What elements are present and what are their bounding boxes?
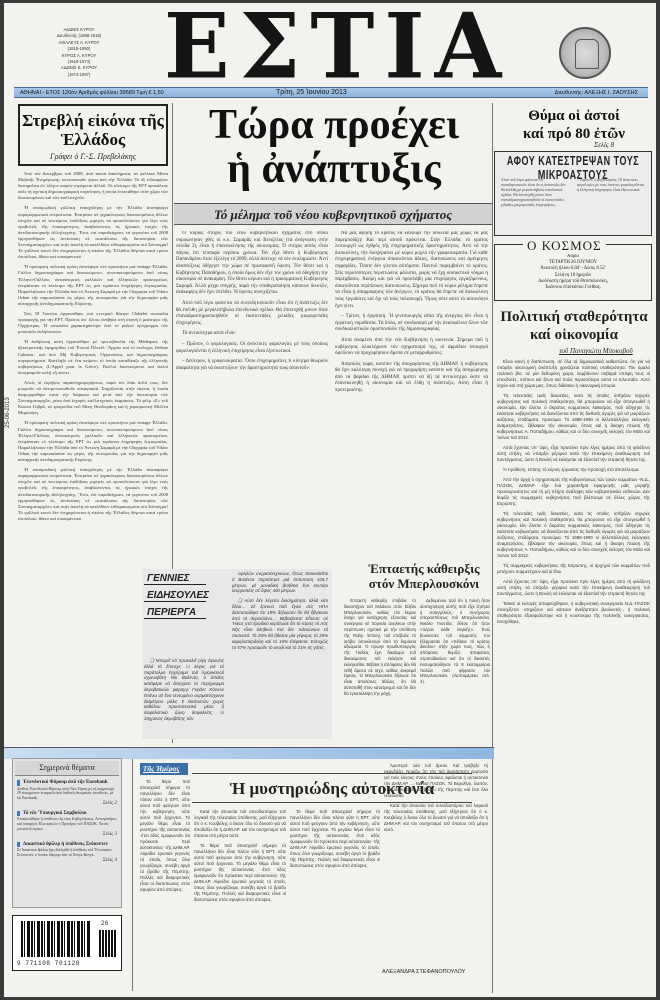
curiosities-col-2: ὑψηλῶν συρματόσχοινων, ὅπως ἀποκαλεῖται … <box>232 571 328 736</box>
lead-column-2: Νά μᾶς ἀφήσῃ τό κράτος νά κάνουμε τήν δο… <box>335 231 488 561</box>
right-article-headline: Πολιτική σταθερότητα καί οἰκονομία <box>496 308 652 344</box>
lead-subhead: Τό μέλημα τοῦ νέου κυβερνητικοῦ σχήματος <box>174 203 492 225</box>
barcode-addon-icon <box>99 930 117 957</box>
side-date: 25-06-2013 <box>5 397 11 428</box>
barcode-bars-icon <box>21 921 91 957</box>
inset-col-1: Ἑπταετή κάθειρξη ἐπιβάλε τό δικαστήριο τ… <box>344 598 416 738</box>
masthead-title: ΕΣΤΙΑ <box>164 3 464 87</box>
inset-col-2: Δεδομένου ποῦ ὅτι ἡ ποινή ἦταν αὐστηρότε… <box>420 598 490 738</box>
barcode: 26 9 771108 701120 <box>12 915 122 971</box>
lead-headline: Τώρα προέχει ἡ ἀνάπτυξις <box>179 103 489 191</box>
issue-date: Τρίτη, 25 Ἰουνίου 2013 <box>276 88 347 98</box>
inset-headline: Ἑπταετής κάθειρξις στόν Μπερλουσκόνι <box>349 561 499 591</box>
page-ref: Σελίς 8 <box>594 141 614 149</box>
right-article-byline: τοῦ Παναγιώτη Μποκοβοῦ <box>559 347 633 355</box>
bottom-col-2: Κατά τήν ἀπουσία τοῦ συνοδοιπόρου τοῦ λο… <box>194 809 286 969</box>
archive-clipping: ΑΦΟΥ ΚΑΤΕΣΤΡΕΨΑΝ ΤΟΥΣ ΜΙΚΡΟΑΣΤΟΥΣ Αὐτό π… <box>494 151 652 236</box>
left-article-header: Στρεβλή εἰκόνα τῆς Ἑλλάδος Γράφει ὁ Γ.-Σ… <box>18 104 168 166</box>
topic-item[interactable]: Τό νέο 'Υπουργικό Συμβούλιο Ἀνακοινώθηκε… <box>17 811 117 838</box>
bottom-author: ΑΛΕΞΑΝΔΡΑ ΣΤΕΦΑΝΟΠΟΥΛΟΥ <box>382 969 465 975</box>
left-article-title: Στρεβλή εἰκόνα τῆς Ἑλλάδος <box>20 111 166 149</box>
info-bar: ΑΘΗΝΑΙ - ΕΤΟΣ 120όν Ἀριθμός φύλλου 39589… <box>14 87 648 98</box>
today-topics-header: Σημερινά θέματα <box>15 761 119 776</box>
topic-item[interactable]: Δικαστικό θρίλερ ἡ ὑπόθεσις Σνόουντεν Σέ… <box>17 842 117 864</box>
lead-column-1: Ὁ κύριος στόχος τοῦ νέου κυβερνητικοῦ σχ… <box>176 231 328 561</box>
right-article-body: Εἶναι κοινή ἡ διαπίστωση, σέ ὅλα τά δημο… <box>497 359 650 971</box>
clipping-text: Αὐτό ποῦ λίγοι φαίνεται νά συνειδητοποιο… <box>501 178 569 208</box>
world-box: Ο ΚΟΣΜΟΣ Αὔριο ΤΕΤΑΡΤΗ 26 ΙΟΥΝΙΟΥ Ἀνατολ… <box>494 244 652 301</box>
right-top-headline: Θύμα οἱ ἀστοί καί πρό 80 ἐτῶν <box>499 107 649 143</box>
director: Διευθυντής: ΑΛΕΞΗΣ Ι. ΖΑΟΥΣΗΣ <box>555 88 638 98</box>
world-box-title: Ο ΚΟΣΜΟΣ <box>523 238 606 254</box>
bottom-col-4: Ἀριστερά. Δέν τοῦ ἄρεσε. Καί τράβηξε τή … <box>384 763 488 963</box>
column-divider <box>132 759 133 991</box>
bottom-col-3: Τό θέμα ποῦ ἀπασχολεῖ σήμερα τό πανελλήν… <box>290 809 380 969</box>
founders-list: ΑΔΩΝΙΣ ΚΥΡΟΥ Διευθυντής (1898-1918) ΑΧΙΛ… <box>44 27 114 78</box>
today-topics-box: Σημερινά θέματα Ἐπενδυτικό Φόρουμ ἀπό τή… <box>12 758 122 908</box>
section-label: Τῆς Ἡμέρας <box>140 763 188 775</box>
curiosities-col-1: ❑ Μπορεῖ νά προκαλεῖ ρίγη ἀγωνίας ἀλλά τ… <box>144 658 224 736</box>
newspaper-page: ΑΔΩΝΙΣ ΚΥΡΟΥ Διευθυντής (1898-1918) ΑΧΙΛ… <box>4 3 656 997</box>
topic-item[interactable]: Ἐπενδυτικό Φόρουμ ἀπό τήν Eurobank Διεθν… <box>17 780 117 807</box>
left-article-byline: Γράφει ὁ Γ.-Σ. Πρεβελάκης <box>20 152 166 161</box>
issue-info: ΑΘΗΝΑΙ - ΕΤΟΣ 120όν Ἀριθμός φύλλου 39589… <box>20 88 164 98</box>
bottom-col-1: Τό θέμα ποῦ ἀπασχολεῖ σήμερα τό πανελλήν… <box>140 779 190 974</box>
clipping-text: – Πρῶτον, ὁ φορολογικός. Οἱ ἀνεκτικές φο… <box>577 178 645 193</box>
column-divider <box>492 103 493 993</box>
seal-logo-icon <box>559 27 611 79</box>
